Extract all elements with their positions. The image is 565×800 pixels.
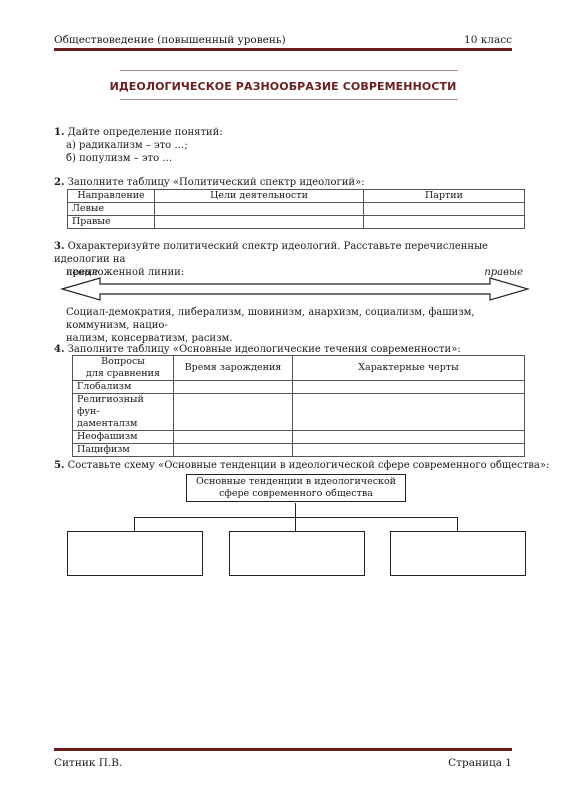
- scheme-connector-right: [457, 517, 458, 531]
- table-cell-input[interactable]: [293, 444, 525, 457]
- table-row: Религиозный фун- даменталзм: [73, 394, 525, 431]
- header-rule: [54, 48, 512, 51]
- q2-text: Заполните таблицу «Политический спектр и…: [68, 177, 365, 188]
- scheme-box-3[interactable]: [390, 531, 526, 576]
- footer-rule: [54, 748, 512, 751]
- table-header-row: Направление Цели деятельности Партии: [68, 190, 525, 203]
- page-title: ИДЕОЛОГИЧЕСКОЕ РАЗНООБРАЗИЕ СОВРЕМЕННОСТ…: [54, 80, 512, 93]
- table-cell-input[interactable]: [364, 216, 525, 229]
- q5-text: Составьте схему «Основные тенденции в ид…: [68, 460, 550, 471]
- currents-table: Вопросы для сравнения Время зарождения Х…: [72, 355, 525, 457]
- table-cell: Правые: [68, 216, 155, 229]
- scheme-root-box: Основные тенденции в идеологической сфер…: [186, 474, 406, 502]
- table-cell: Левые: [68, 203, 155, 216]
- scheme-connector-left: [134, 517, 135, 531]
- table-cell-input[interactable]: [293, 431, 525, 444]
- table-row: Пацифизм: [73, 444, 525, 457]
- question-5: 5. Составьте схему «Основные тенденции в…: [54, 459, 549, 472]
- footer-author: Ситник П.В.: [54, 757, 122, 769]
- question-1: 1. Дайте определение понятий: а) радикал…: [54, 126, 223, 165]
- title-rule-bottom: [120, 99, 458, 100]
- table-cell-input[interactable]: [293, 381, 525, 394]
- scheme-box-2[interactable]: [229, 531, 365, 576]
- q3-text: Охарактеризуйте политический спектр идео…: [54, 241, 488, 265]
- q1-item-b: б) популизм – это …: [54, 152, 223, 165]
- table-header-row: Вопросы для сравнения Время зарождения Х…: [73, 356, 525, 381]
- header-grade: 10 класс: [464, 34, 512, 46]
- title-rule-top: [120, 70, 458, 71]
- ideology-list: Социал-демократия, либерализм, шовинизм,…: [66, 306, 536, 345]
- double-arrow-icon: [60, 276, 530, 302]
- question-2: 2. Заполните таблицу «Политический спект…: [54, 176, 365, 189]
- table-row: Левые: [68, 203, 525, 216]
- q5-number: 5.: [54, 460, 64, 471]
- q4-number: 4.: [54, 344, 64, 355]
- table-header: Характерные черты: [293, 356, 525, 381]
- table-row: Неофашизм: [73, 431, 525, 444]
- table-header: Время зарождения: [174, 356, 293, 381]
- table-row: Правые: [68, 216, 525, 229]
- question-3: 3. Охарактеризуйте политический спектр и…: [54, 240, 524, 279]
- table-row: Глобализм: [73, 381, 525, 394]
- q4-text: Заполните таблицу «Основные идеологическ…: [68, 344, 461, 355]
- table-cell-input[interactable]: [174, 394, 293, 431]
- table-header: Направление: [68, 190, 155, 203]
- footer-page-number: Страница 1: [448, 757, 512, 769]
- spectrum-table: Направление Цели деятельности Партии Лев…: [67, 189, 525, 229]
- ideology-list-line-1: Социал-демократия, либерализм, шовинизм,…: [66, 306, 536, 332]
- table-cell-input[interactable]: [155, 216, 364, 229]
- table-header: Партии: [364, 190, 525, 203]
- q1-number: 1.: [54, 127, 64, 138]
- q3-number: 3.: [54, 241, 64, 252]
- table-cell: Глобализм: [73, 381, 174, 394]
- table-cell-input[interactable]: [293, 394, 525, 431]
- header-subject: Обществоведение (повышенный уровень): [54, 34, 286, 46]
- table-cell-input[interactable]: [155, 203, 364, 216]
- scheme-connector-horizontal: [134, 517, 457, 518]
- table-cell: Неофашизм: [73, 431, 174, 444]
- q1-text: Дайте определение понятий:: [68, 127, 223, 138]
- table-header: Цели деятельности: [155, 190, 364, 203]
- table-cell-input[interactable]: [174, 444, 293, 457]
- q1-item-a: а) радикализм – это …;: [54, 139, 223, 152]
- table-cell-input[interactable]: [174, 381, 293, 394]
- q2-number: 2.: [54, 177, 64, 188]
- table-cell: Религиозный фун- даменталзм: [73, 394, 174, 431]
- table-cell: Пацифизм: [73, 444, 174, 457]
- table-cell-input[interactable]: [364, 203, 525, 216]
- scheme-box-1[interactable]: [67, 531, 203, 576]
- table-header: Вопросы для сравнения: [73, 356, 174, 381]
- table-cell-input[interactable]: [174, 431, 293, 444]
